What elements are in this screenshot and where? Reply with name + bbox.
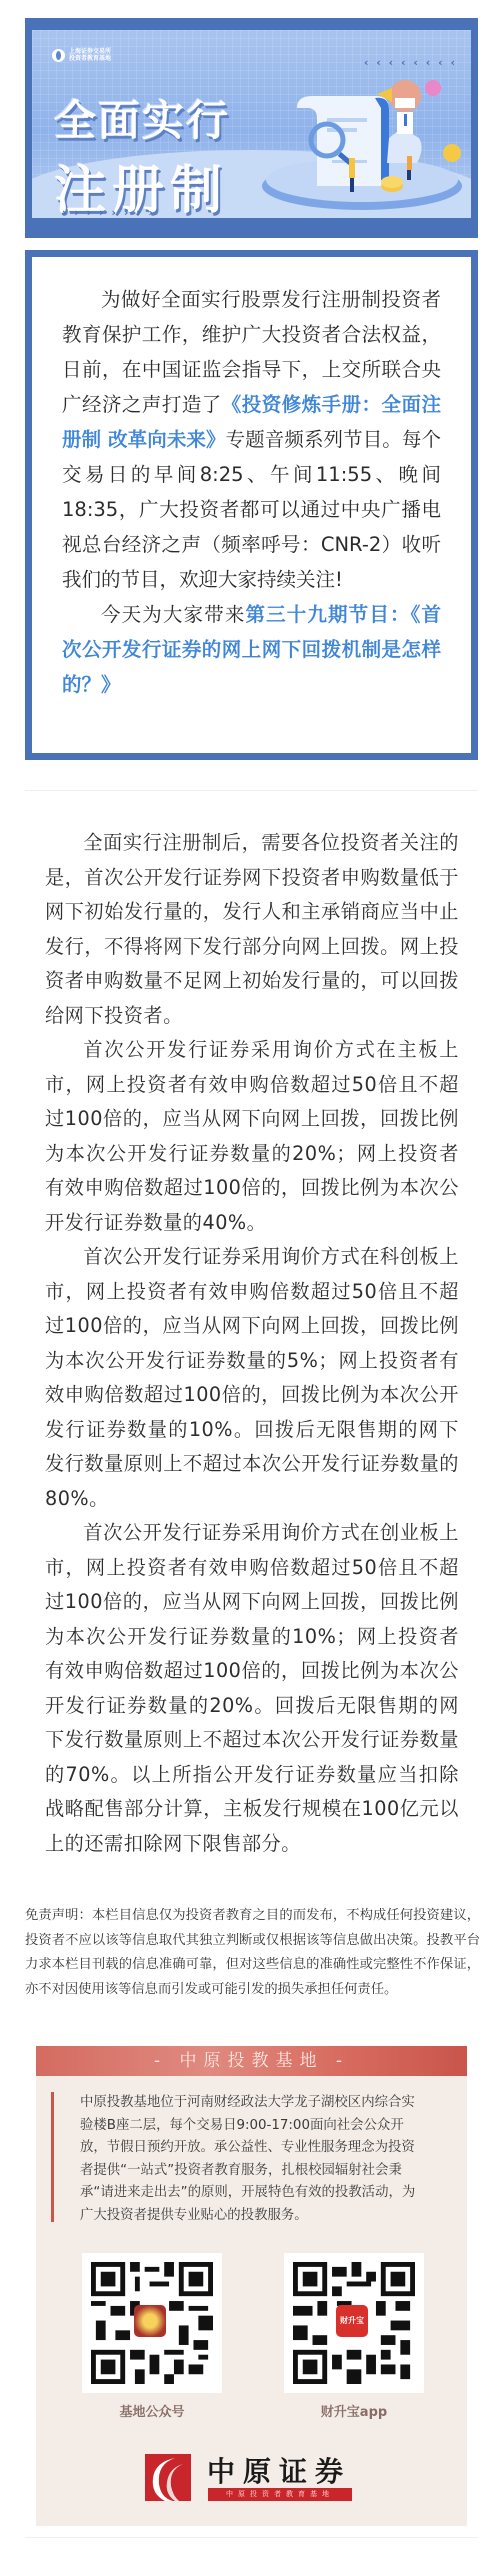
qr-app[interactable]: 财升宝 财升宝app [284, 2253, 424, 2420]
disclaimer: 免责声明：本栏目信息仅为投资者教育之目的而发布，不构成任何投资建议，投资者不应以… [25, 1904, 480, 2002]
card-header: - 中原投教基地 - [36, 2046, 467, 2076]
base-info-card: - 中原投教基地 - 中原投教基地位于河南财经政法大学龙子湖校区内综合实验楼B座… [36, 2046, 467, 2526]
banner-title-line1: 全面实行 [54, 88, 230, 148]
hero-banner: 上海证券交易所 投资者教育基地 ‹ ‹ ‹ ‹ ‹ ‹ ‹ ‹ 全面实行 注册制… [25, 18, 478, 238]
qr-label: 基地公众号 [82, 2401, 222, 2420]
base-description: 中原投教基地位于河南财经政法大学龙子湖校区内综合实验楼B座二层，每个交易日9:0… [80, 2092, 427, 2227]
chevrons-right-icon: › › › › › › › › [62, 206, 155, 218]
accent-bar [51, 2092, 54, 2222]
article-paragraph: 首次公开发行证券采用询价方式在科创板上市，网上投资者有效申购倍数超过50倍且不超… [45, 1240, 459, 1516]
qr-code-icon[interactable]: 财升宝 [284, 2253, 424, 2393]
article-paragraph: 首次公开发行证券采用询价方式在创业板上市，网上投资者有效申购倍数超过50倍且不超… [45, 1516, 459, 1861]
article-paragraph: 全面实行注册制后，需要各位投资者关注的是，首次公开发行证券网下投资者申购数量低于… [45, 826, 459, 1033]
sse-logo-icon [52, 49, 65, 62]
intro-text-b: 专题音频系列节目。每个交易日的早间8:25、午间11:55、晚间18:35，广大… [62, 428, 441, 591]
bottom-divider [25, 2537, 478, 2538]
qr-official-account[interactable]: 基地公众号 [82, 2253, 222, 2420]
sse-logo-text: 上海证券交易所 投资者教育基地 [69, 48, 111, 62]
brand-name: 中原证券 [207, 2450, 351, 2490]
sse-logo-line1: 上海证券交易所 [69, 48, 111, 55]
intro-paragraph-1: 为做好全面实行股票发行注册制投资者教育保护工作，维护广大投资者合法权益，日前，在… [62, 282, 441, 597]
caishengbao-logo-icon: 财升宝 [336, 2305, 368, 2337]
qr-code-icon[interactable] [82, 2253, 222, 2393]
document-illustration-icon [257, 68, 467, 218]
intro-text-c: 今天为大家带来 [101, 603, 245, 626]
qr-label: 财升宝app [284, 2401, 424, 2420]
article-body: 全面实行注册制后，需要各位投资者关注的是，首次公开发行证券网下投资者申购数量低于… [45, 826, 459, 1861]
sse-logo-line2: 投资者教育基地 [69, 55, 111, 62]
brand-subtitle: 中原投资者教育基地 [208, 2488, 352, 2501]
sse-logo: 上海证券交易所 投资者教育基地 [52, 48, 111, 62]
brand-mark-icon [145, 2454, 191, 2501]
intro-box: 为做好全面实行股票发行注册制投资者教育保护工作，维护广大投资者合法权益，日前，在… [25, 250, 478, 760]
official-account-logo-icon [134, 2305, 166, 2337]
section-divider [25, 790, 478, 791]
article-paragraph: 首次公开发行证券采用询价方式在主板上市，网上投资者有效申购倍数超过50倍且不超过… [45, 1033, 459, 1240]
intro-text: 为做好全面实行股票发行注册制投资者教育保护工作，维护广大投资者合法权益，日前，在… [62, 282, 441, 702]
zhongyuan-securities-logo: 中原证券 中原投资者教育基地 [145, 2454, 355, 2504]
banner-background: 上海证券交易所 投资者教育基地 ‹ ‹ ‹ ‹ ‹ ‹ ‹ ‹ 全面实行 注册制… [32, 30, 471, 218]
intro-paragraph-2: 今天为大家带来第三十九期节目：《首次公开发行证券的网上网下回拨机制是怎样的？》 [62, 597, 441, 702]
